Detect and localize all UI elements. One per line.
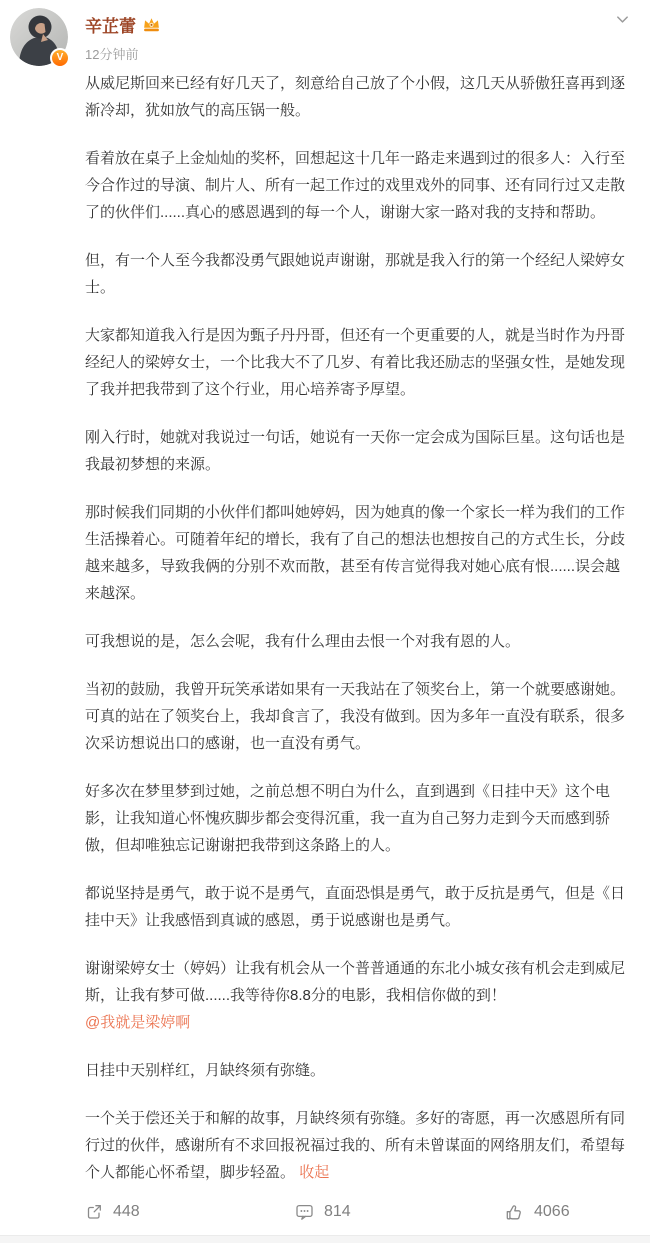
post-paragraph: 大家都知道我入行是因为甄子丹丹哥，但还有一个更重要的人，就是当时作为丹哥经纪人的… — [85, 322, 625, 403]
comment-count: 814 — [324, 1203, 351, 1221]
post-paragraph: 可我想说的是，怎么会呢，我有什么理由去恨一个对我有恩的人。 — [85, 628, 625, 655]
repost-button[interactable]: 448 — [85, 1203, 295, 1221]
post-paragraph: 谢谢梁婷女士（婷妈）让我有机会从一个普普通通的东北小城女孩有机会走到威尼斯，让我… — [85, 955, 625, 1036]
collapse-link[interactable]: 收起 — [299, 1164, 329, 1181]
post-paragraph: 从威尼斯回来已经有好几天了，刻意给自己放了个小假，这几天从骄傲狂喜再到逐渐冷却，… — [85, 70, 625, 124]
mention-link[interactable]: @我就是梁婷啊 — [85, 1009, 625, 1036]
post-paragraph: 但，有一个人至今我都没勇气跟她说声谢谢，那就是我入行的第一个经纪人梁婷女士。 — [85, 247, 625, 301]
author-name[interactable]: 辛芷蕾 — [85, 12, 136, 37]
comment-button[interactable]: 814 — [295, 1203, 505, 1221]
post-header: V 辛芷蕾 12分钟前 — [0, 0, 650, 66]
post-paragraph: 那时候我们同期的小伙伴们都叫她婷妈，因为她真的像一个家长一样为我们的工作生活操着… — [85, 499, 625, 607]
verified-v-badge-icon: V — [50, 48, 70, 68]
repost-count: 448 — [113, 1203, 140, 1221]
action-bar: 448 814 — [85, 1203, 625, 1221]
post-text: 从威尼斯回来已经有好几天了，刻意给自己放了个小假，这几天从骄傲狂喜再到逐渐冷却，… — [85, 70, 625, 1186]
post-paragraph: 看着放在桌子上金灿灿的奖杯，回想起这十几年一路走来遇到过的很多人：入行至今合作过… — [85, 145, 625, 226]
author-block: 辛芷蕾 12分钟前 — [85, 8, 161, 63]
comment-icon — [295, 1203, 314, 1221]
post-timestamp: 12分钟前 — [85, 44, 161, 63]
thumbs-up-icon — [505, 1203, 524, 1221]
like-button[interactable]: 4066 — [505, 1203, 570, 1221]
post-paragraph: 日挂中天别样红，月缺终须有弥缝。 — [85, 1057, 625, 1084]
vip-crown-icon — [142, 16, 161, 33]
post-paragraph: 刚入行时，她就对我说过一句话，她说有一天你一定会成为国际巨星。这句话也是我最初梦… — [85, 424, 625, 478]
post-paragraph: 都说坚持是勇气，敢于说不是勇气，直面恐惧是勇气，敢于反抗是勇气，但是《日挂中天》… — [85, 880, 625, 934]
post-paragraph: 好多次在梦里梦到过她，之前总想不明白为什么，直到遇到《日挂中天》这个电影，让我知… — [85, 778, 625, 859]
repost-icon — [85, 1203, 103, 1221]
chevron-down-icon[interactable] — [611, 10, 634, 29]
avatar[interactable]: V — [10, 8, 68, 66]
section-divider — [0, 1235, 650, 1243]
post-paragraph: 当初的鼓励，我曾开玩笑承诺如果有一天我站在了领奖台上，第一个就要感谢她。可真的站… — [85, 676, 625, 757]
weibo-post: V 辛芷蕾 12分钟前 从威尼斯回来已经有好几天 — [0, 0, 650, 1243]
post-paragraph: 一个关于偿还关于和解的故事，月缺终须有弥缝。多好的寄愿，再一次感恩所有同行过的伙… — [85, 1105, 625, 1186]
like-count: 4066 — [534, 1203, 570, 1221]
